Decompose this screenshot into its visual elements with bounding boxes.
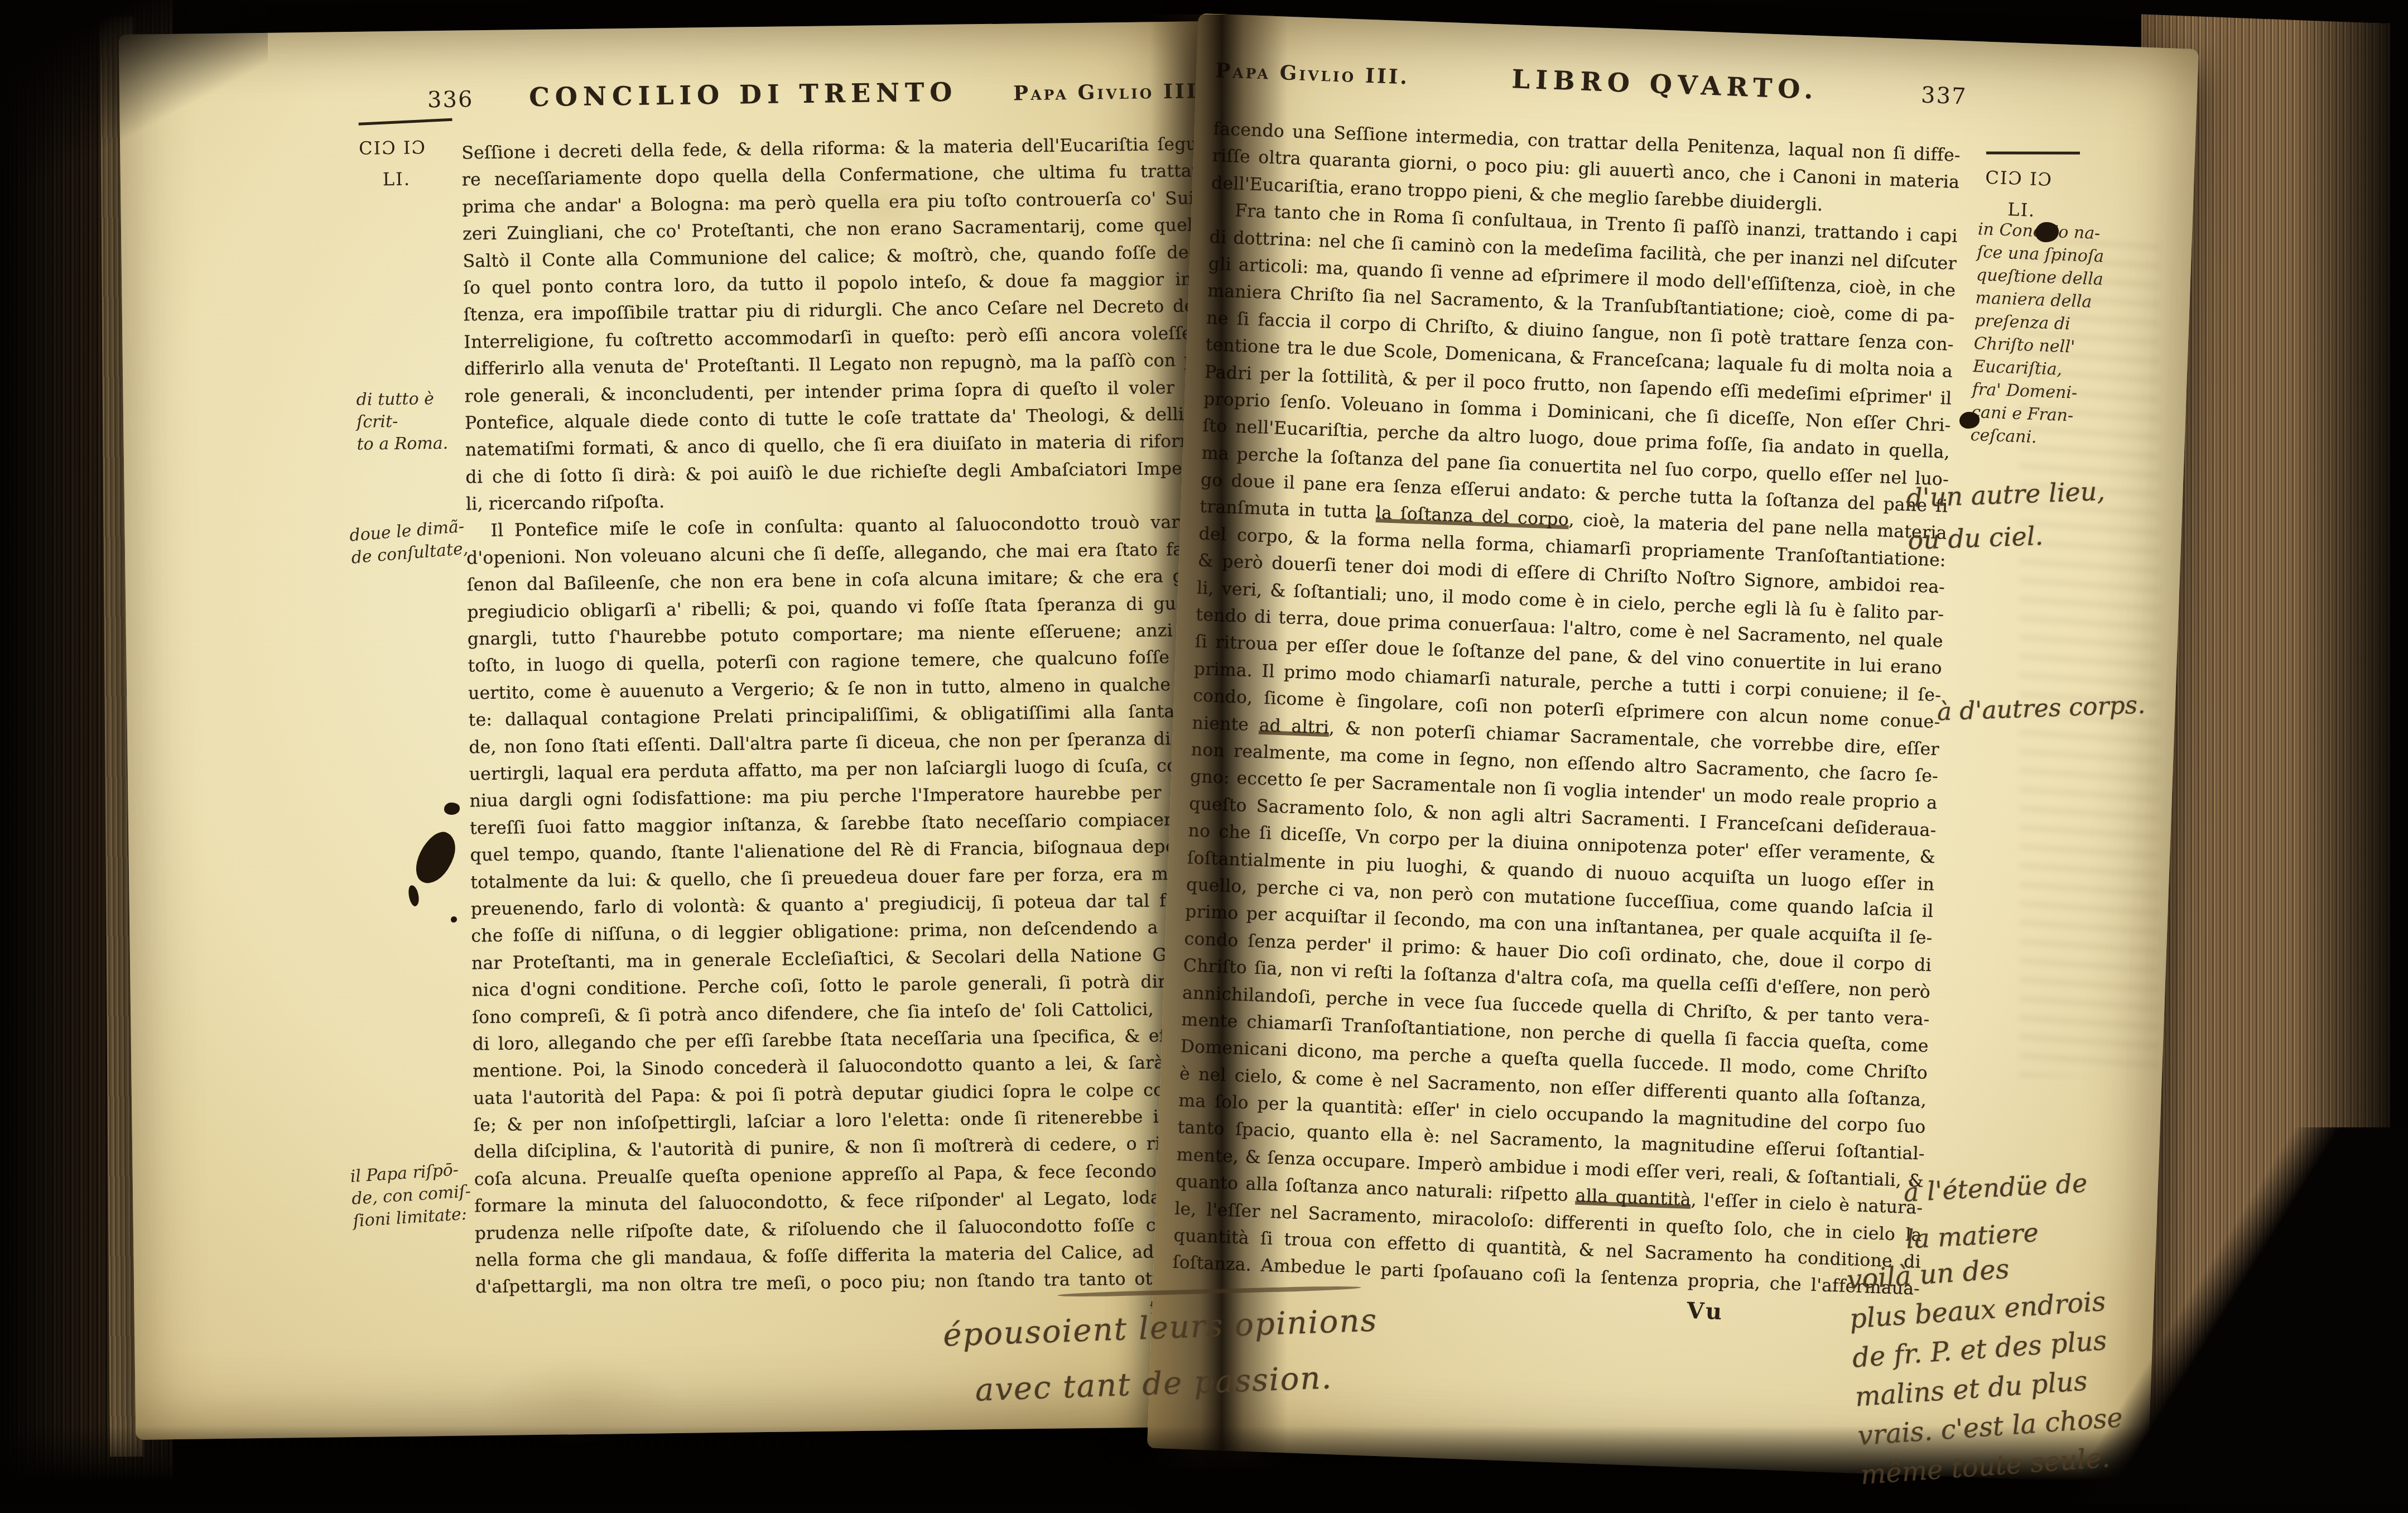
handwritten-line: à l'étendüe de — [1903, 1159, 2088, 1216]
left-running-header: 336 CONCILIO DI TRENTO Papa Givlio III. — [427, 74, 1208, 113]
margin-date-line: LI. — [359, 162, 466, 195]
margin-note: il Papa riſpō-de, con comiſ-ſioni limita… — [350, 1157, 481, 1232]
right-running-title: LIBRO QVARTO. — [1511, 64, 1819, 105]
handwritten-note: voilà un desplus beaux endroisde fr. P. … — [1846, 1242, 2127, 1495]
margin-date-line: CIƆ IƆ — [359, 131, 465, 164]
right-text-block: facendo una Seſſione intermedia, con tra… — [1172, 116, 1961, 1303]
hand-underlined-phrase: la ſoſtanza del corpo — [1375, 503, 1569, 530]
left-page-number: 336 — [427, 87, 474, 113]
margin-rule — [359, 118, 452, 126]
gutter-shadow — [1150, 15, 1288, 1469]
margin-rule — [1986, 152, 2080, 155]
background-corner — [0, 0, 268, 190]
left-text-block: Seſſione i decreti della fede, & della r… — [461, 131, 1223, 1301]
signature-mark: Vu — [1687, 1298, 1725, 1325]
ink-showthrough — [2020, 240, 2159, 1077]
margin-note-line: di tutto è ſcrit- — [356, 387, 471, 433]
right-running-header: Papa Givlio III. LIBRO QVARTO. 337 — [1215, 53, 1968, 110]
handwritten-note: d'un autre lieu,ou du ciel. — [1905, 470, 2107, 561]
left-page: 336 CONCILIO DI TRENTO Papa Givlio III. … — [119, 21, 1225, 1440]
right-margin-date: CIƆ IƆ LI. — [1983, 150, 2092, 228]
handwritten-line: ou du ciel. — [1907, 512, 2107, 561]
handwritten-line: d'un autre lieu, — [1905, 470, 2106, 519]
margin-note-line: to a Roma. — [357, 432, 471, 456]
book-photo: 336 CONCILIO DI TRENTO Papa Givlio III. … — [0, 0, 2408, 1505]
left-running-title: CONCILIO DI TRENTO — [529, 77, 958, 112]
left-margin-date: CIƆ IƆ LI. — [359, 119, 466, 195]
right-page-number: 337 — [1920, 82, 1967, 109]
handwritten-bottom-note: épousoient leurs opinionsavec tant de pa… — [942, 1293, 1381, 1419]
margin-note: di tutto è ſcrit-to a Roma. — [356, 387, 471, 455]
margin-note: doue le dimã-de conſultate, — [349, 515, 472, 569]
left-margin-notes: di tutto è ſcrit-to a Roma.doue le dimã-… — [119, 21, 1208, 35]
hand-underlined-phrase: alla quantità — [1575, 1186, 1691, 1210]
margin-date-line: CIƆ IƆ — [1985, 162, 2092, 197]
